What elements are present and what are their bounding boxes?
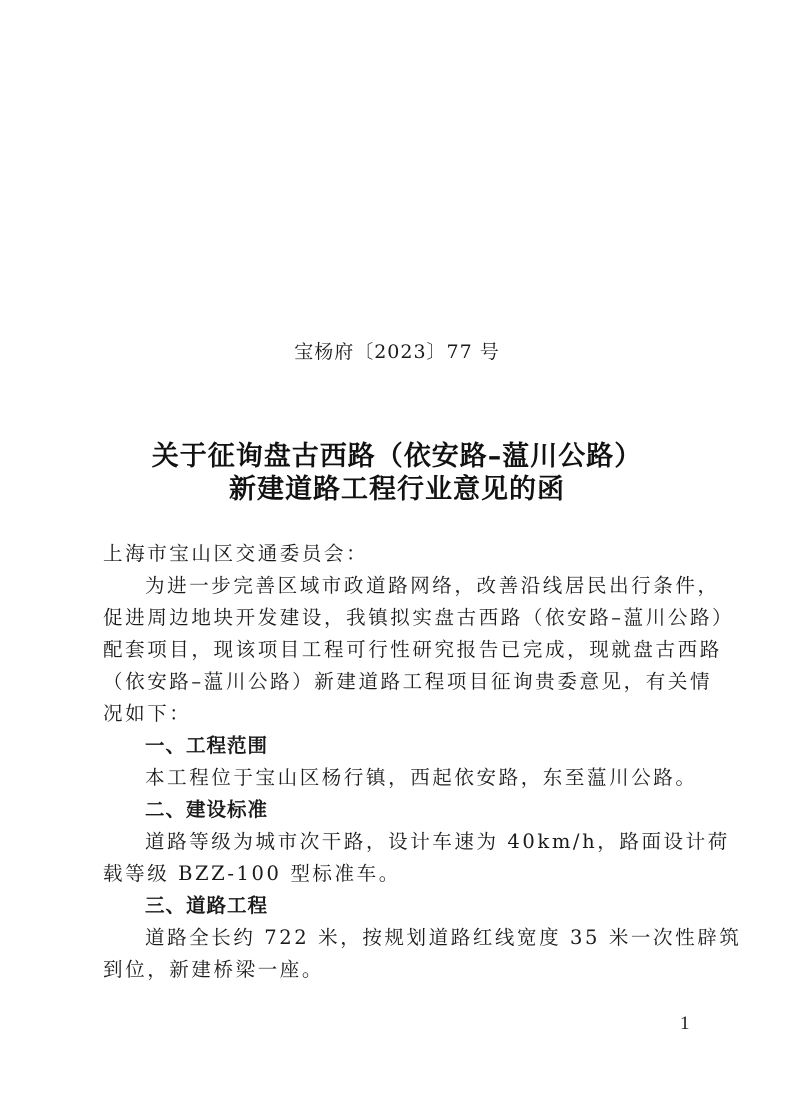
- section-heading-road: 三、道路工程: [103, 890, 693, 922]
- title-line-2: 新建道路工程行业意见的函: [0, 473, 794, 506]
- intro-line-2: 促进周边地块开发建设，我镇拟实盘古西路（依安路–蕰川公路）: [103, 602, 693, 634]
- section-standard-line-2: 载等级 BZZ-100 型标准车。: [103, 858, 693, 890]
- intro-line-4: （依安路–蕰川公路）新建道路工程项目征询贵委意见，有关情: [103, 666, 693, 698]
- title-line-1: 关于征询盘古西路（依安路–蕰川公路）: [0, 440, 794, 473]
- document-title: 关于征询盘古西路（依安路–蕰川公路） 新建道路工程行业意见的函: [0, 440, 794, 506]
- intro-line-5: 况如下：: [103, 698, 693, 730]
- section-road-line-1: 道路全长约 722 米，按规划道路红线宽度 35 米一次性辟筑: [103, 922, 693, 954]
- recipient: 上海市宝山区交通委员会：: [103, 538, 693, 570]
- section-heading-standard: 二、建设标准: [103, 794, 693, 826]
- document-page: 宝杨府〔2023〕77 号 关于征询盘古西路（依安路–蕰川公路） 新建道路工程行…: [0, 0, 794, 1093]
- intro-line-1: 为进一步完善区域市政道路网络，改善沿线居民出行条件，: [103, 570, 693, 602]
- section-scope-line-1: 本工程位于宝山区杨行镇，西起依安路，东至蕰川公路。: [103, 762, 693, 794]
- intro-line-3: 配套项目，现该项目工程可行性研究报告已完成，现就盘古西路: [103, 634, 693, 666]
- document-number: 宝杨府〔2023〕77 号: [0, 337, 794, 364]
- page-number: 1: [680, 1013, 690, 1035]
- document-body: 上海市宝山区交通委员会： 为进一步完善区域市政道路网络，改善沿线居民出行条件， …: [103, 538, 693, 986]
- section-road-line-2: 到位，新建桥梁一座。: [103, 954, 693, 986]
- section-standard-line-1: 道路等级为城市次干路，设计车速为 40km/h，路面设计荷: [103, 826, 693, 858]
- section-heading-scope: 一、工程范围: [103, 730, 693, 762]
